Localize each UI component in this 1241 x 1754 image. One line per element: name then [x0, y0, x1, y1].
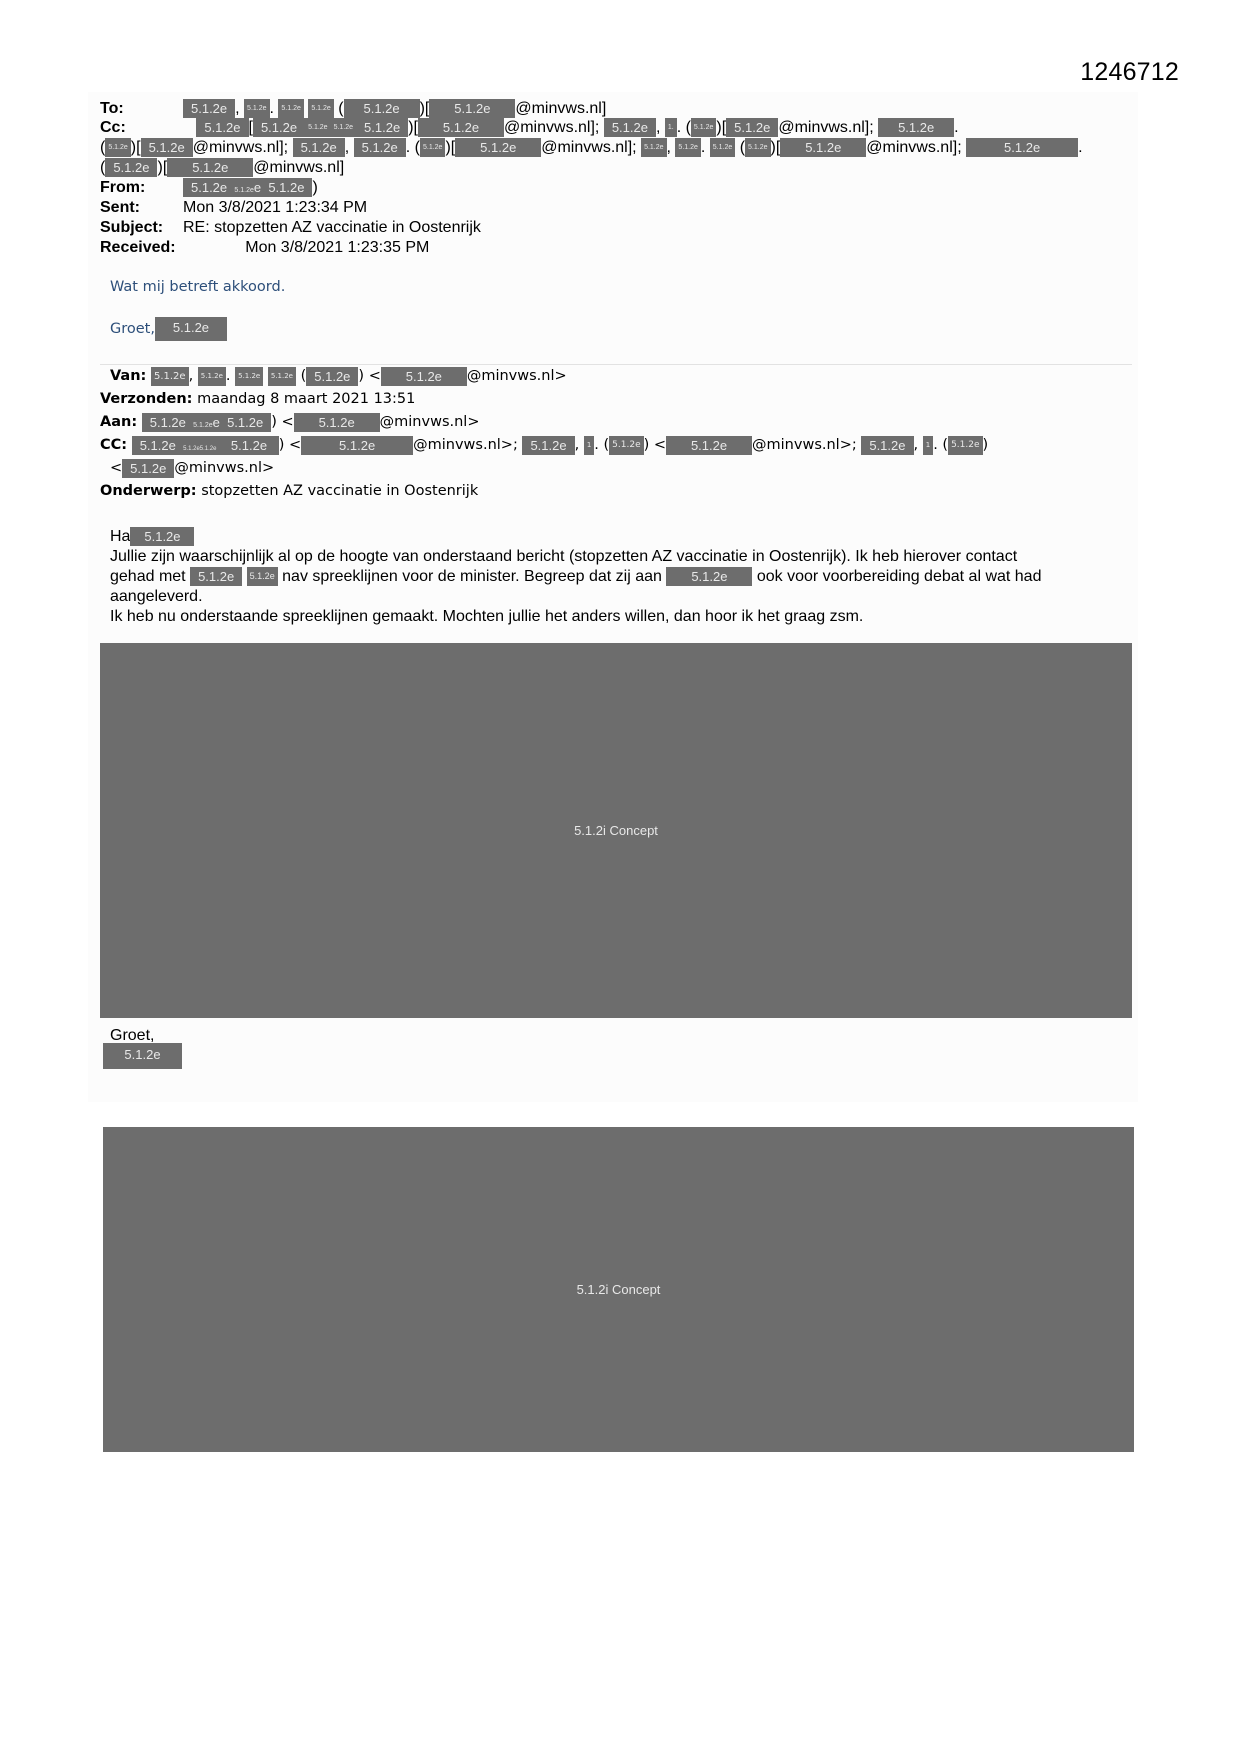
email-domain: @minvws.nl]; [193, 139, 288, 156]
redaction: 5.1.2e [331, 118, 356, 137]
verzonden-line: Verzonden: maandag 8 maart 2021 13:51 [100, 389, 415, 409]
from-line: From:5.1.2e 5.1.2ee 5.1.2e) [100, 178, 318, 198]
message-line-4: Ik heb nu onderstaande spreeklijnen gema… [110, 607, 863, 627]
redaction: 5.1.2e [604, 118, 656, 137]
cc-line-2: (5.1.2e)[5.1.2e@minvws.nl]; 5.1.2e, 5.1.… [100, 138, 1083, 158]
redaction: 5.1.2e [455, 138, 541, 157]
redaction: 5.1.2e [948, 436, 982, 455]
redaction: 5.1.2e [190, 567, 242, 586]
redaction: 5.1.2e [354, 138, 406, 157]
redacted-concept-block-2: 5.1.2i Concept [103, 1127, 1134, 1452]
redaction: 5.1.2e [155, 317, 227, 341]
redaction: 5.1.2e [130, 527, 194, 546]
redaction: 5.1.2e [105, 158, 157, 177]
redaction: 5.1.2e [418, 118, 504, 137]
verzonden-value: maandag 8 maart 2021 13:51 [197, 391, 415, 407]
redacted-concept-block-1: 5.1.2i Concept [100, 643, 1132, 1018]
email-domain: @minvws.nl]; [778, 119, 873, 136]
email-domain: @minvws.nl] [515, 100, 606, 117]
onderwerp-line: Onderwerp: stopzetten AZ vaccinatie in O… [100, 481, 478, 501]
redaction: 5.1.2e [141, 138, 193, 157]
redaction: 5.1.2e [198, 367, 226, 386]
redaction: 5.1.2e [268, 367, 296, 386]
redaction: 5.1.2e [293, 138, 345, 157]
to-line: To:5.1.2e, 5.1.2e. 5.1.2e 5.1.2e (5.1.2e… [100, 99, 606, 119]
redaction: 5.1.2e [344, 99, 420, 118]
redaction: 5.1.2e [308, 99, 333, 118]
redaction: 5.1.2e [247, 567, 278, 586]
received-value: Mon 3/8/2021 1:23:35 PM [245, 239, 429, 256]
redaction: 5.1.2e [305, 118, 330, 137]
cc-forward-line-2: <5.1.2e@minvws.nl> [110, 458, 274, 478]
reply-greeting: Groet,5.1.2e [110, 317, 227, 341]
redaction: 5.1.2e [666, 567, 752, 586]
van-line: Van: 5.1.2e, 5.1.2e. 5.1.2e 5.1.2e (5.1.… [110, 366, 567, 386]
redaction: 5.1.2e [235, 367, 263, 386]
reply-text: Wat mij betreft akkoord. [110, 277, 285, 297]
redaction: 5.1.2e [381, 367, 467, 386]
email-domain: @minvws.nl] [253, 159, 344, 176]
redaction: 5.1.2e [253, 118, 305, 137]
redaction: 5.1.2e [167, 158, 253, 177]
redaction: 5.1.2e [780, 138, 866, 157]
redaction: 1 [923, 436, 933, 455]
redaction: 5.1.2e [301, 436, 413, 455]
redaction: 5.1.2e [122, 459, 174, 478]
sent-label: Sent: [100, 198, 183, 218]
redaction: 1 [584, 436, 594, 455]
to-label: To: [100, 99, 183, 119]
redaction: 5.1.2e [609, 436, 643, 455]
email-domain: @minvws.nl]; [541, 139, 636, 156]
cc-line-3: (5.1.2e)[5.1.2e@minvws.nl] [100, 158, 344, 178]
redaction: 5.1.2e [183, 99, 235, 118]
redaction: 5.1.2e [641, 138, 666, 157]
redaction: 5.1.2e 5.1.2ee 5.1.2e [183, 178, 312, 197]
redaction: 5.1.2e [244, 99, 269, 118]
redaction: 5.1.2e [710, 138, 735, 157]
aan-line: Aan: 5.1.2e 5.1.2ee 5.1.2e) <5.1.2e@minv… [100, 412, 479, 432]
redaction: 5.1.2e [105, 138, 130, 157]
redaction: 5.1.2e [675, 138, 700, 157]
redaction: 5.1.2e [691, 118, 716, 137]
sent-value: Mon 3/8/2021 1:23:34 PM [183, 199, 367, 216]
redaction: 5.1.2e [745, 138, 770, 157]
from-label: From: [100, 178, 183, 198]
subject-value: RE: stopzetten AZ vaccinatie in Oostenri… [183, 219, 481, 236]
redaction: 1. [665, 118, 677, 137]
message-line-1: Jullie zijn waarschijnlijk al op de hoog… [110, 547, 1017, 567]
message-line-2: gehad met 5.1.2e 5.1.2e nav spreeklijnen… [110, 567, 1041, 587]
redaction: 5.1.2e [151, 367, 189, 386]
redaction: 5.1.2e [966, 138, 1078, 157]
onderwerp-label: Onderwerp: [100, 481, 197, 501]
redaction: 5.1.2e [278, 99, 303, 118]
document-id: 1246712 [1080, 58, 1179, 87]
email-domain: @minvws.nl]; [504, 119, 599, 136]
aan-label: Aan: [100, 412, 137, 432]
redaction: 5.1.2e [878, 118, 954, 137]
redaction: 5.1.2e [666, 436, 752, 455]
subject-line: Subject:RE: stopzetten AZ vaccinatie in … [100, 218, 481, 238]
cc-forward-label: CC: [100, 435, 127, 455]
redaction: 5.1.2e [861, 436, 913, 455]
van-label: Van: [110, 366, 146, 386]
redaction: 5.1.2e 5.1.2ee 5.1.2e [142, 413, 271, 432]
verzonden-label: Verzonden: [100, 389, 192, 409]
redaction: 5.1.2e [420, 138, 445, 157]
divider [100, 364, 1132, 365]
cc-line-1: Cc: 5.1.2e[5.1.2e5.1.2e5.1.2e5.1.2e)[5.1… [100, 118, 959, 138]
redaction: 5.1.2e [356, 118, 408, 137]
redaction: 5.1.2e [306, 367, 358, 386]
redaction: 5.1.2e [196, 118, 248, 137]
salutation: Ha5.1.2e [110, 527, 194, 547]
cc-label: Cc: [100, 118, 183, 138]
onderwerp-value: stopzetten AZ vaccinatie in Oostenrijk [201, 483, 478, 499]
redaction: 5.1.2e [522, 436, 574, 455]
redaction: 5.1.2e [294, 413, 380, 432]
subject-label: Subject: [100, 218, 183, 238]
redaction: 5.1.2e [429, 99, 515, 118]
received-line: Received: Mon 3/8/2021 1:23:35 PM [100, 238, 429, 258]
message-line-3: aangeleverd. [110, 587, 203, 607]
redaction: 5.1.2e 5.1.2e5.1.2e 5.1.2e [132, 436, 279, 455]
signature-redaction: 5.1.2e [103, 1043, 182, 1069]
cc-forward-line: CC: 5.1.2e 5.1.2e5.1.2e 5.1.2e ) <5.1.2e… [100, 435, 988, 455]
email-domain: @minvws.nl]; [866, 139, 961, 156]
received-label: Received: [100, 238, 183, 258]
sent-line: Sent:Mon 3/8/2021 1:23:34 PM [100, 198, 367, 218]
redaction: 5.1.2e [726, 118, 778, 137]
